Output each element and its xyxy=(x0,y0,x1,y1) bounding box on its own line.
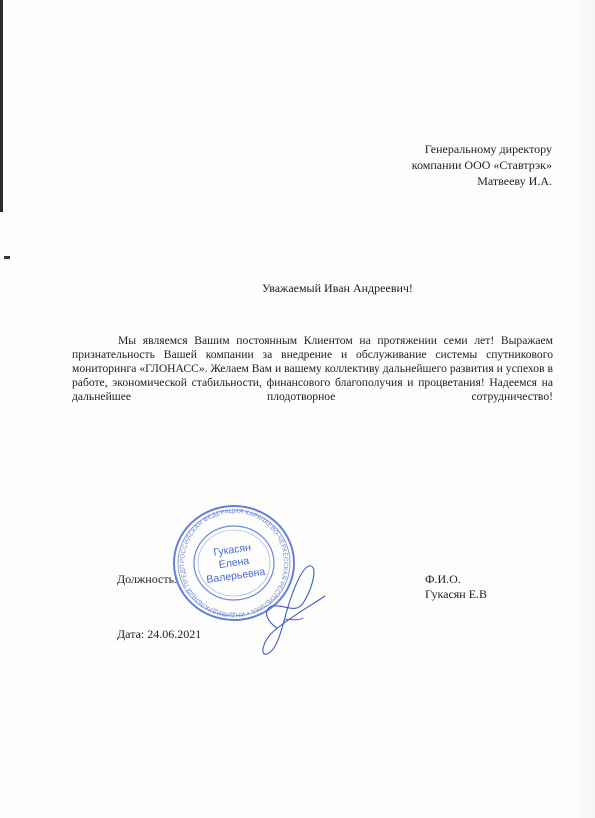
addressee-block: Генеральному директору компании ООО «Ста… xyxy=(412,141,552,189)
fio-label: Ф.И.О. xyxy=(425,572,487,587)
handwritten-signature xyxy=(255,560,335,660)
scan-edge-grain xyxy=(571,0,595,818)
salutation: Уважаемый Иван Андреевич! xyxy=(0,281,595,296)
signature-icon xyxy=(255,560,335,660)
letter-paragraph: Мы являемся Вашим постоянным Клиентом на… xyxy=(72,334,553,404)
position-label: Должность: xyxy=(117,572,177,587)
letter-body: Мы являемся Вашим постоянным Клиентом на… xyxy=(72,334,553,404)
addressee-company: компании ООО «Ставтрэк» xyxy=(412,157,552,173)
addressee-name: Матвееву И.А. xyxy=(412,173,552,189)
fio-block: Ф.И.О. Гукасян Е.В xyxy=(425,572,487,602)
addressee-title: Генеральному директору xyxy=(412,141,552,157)
scan-punch-mark xyxy=(4,256,10,259)
fio-value: Гукасян Е.В xyxy=(425,587,487,602)
scan-edge-shadow xyxy=(0,0,3,212)
